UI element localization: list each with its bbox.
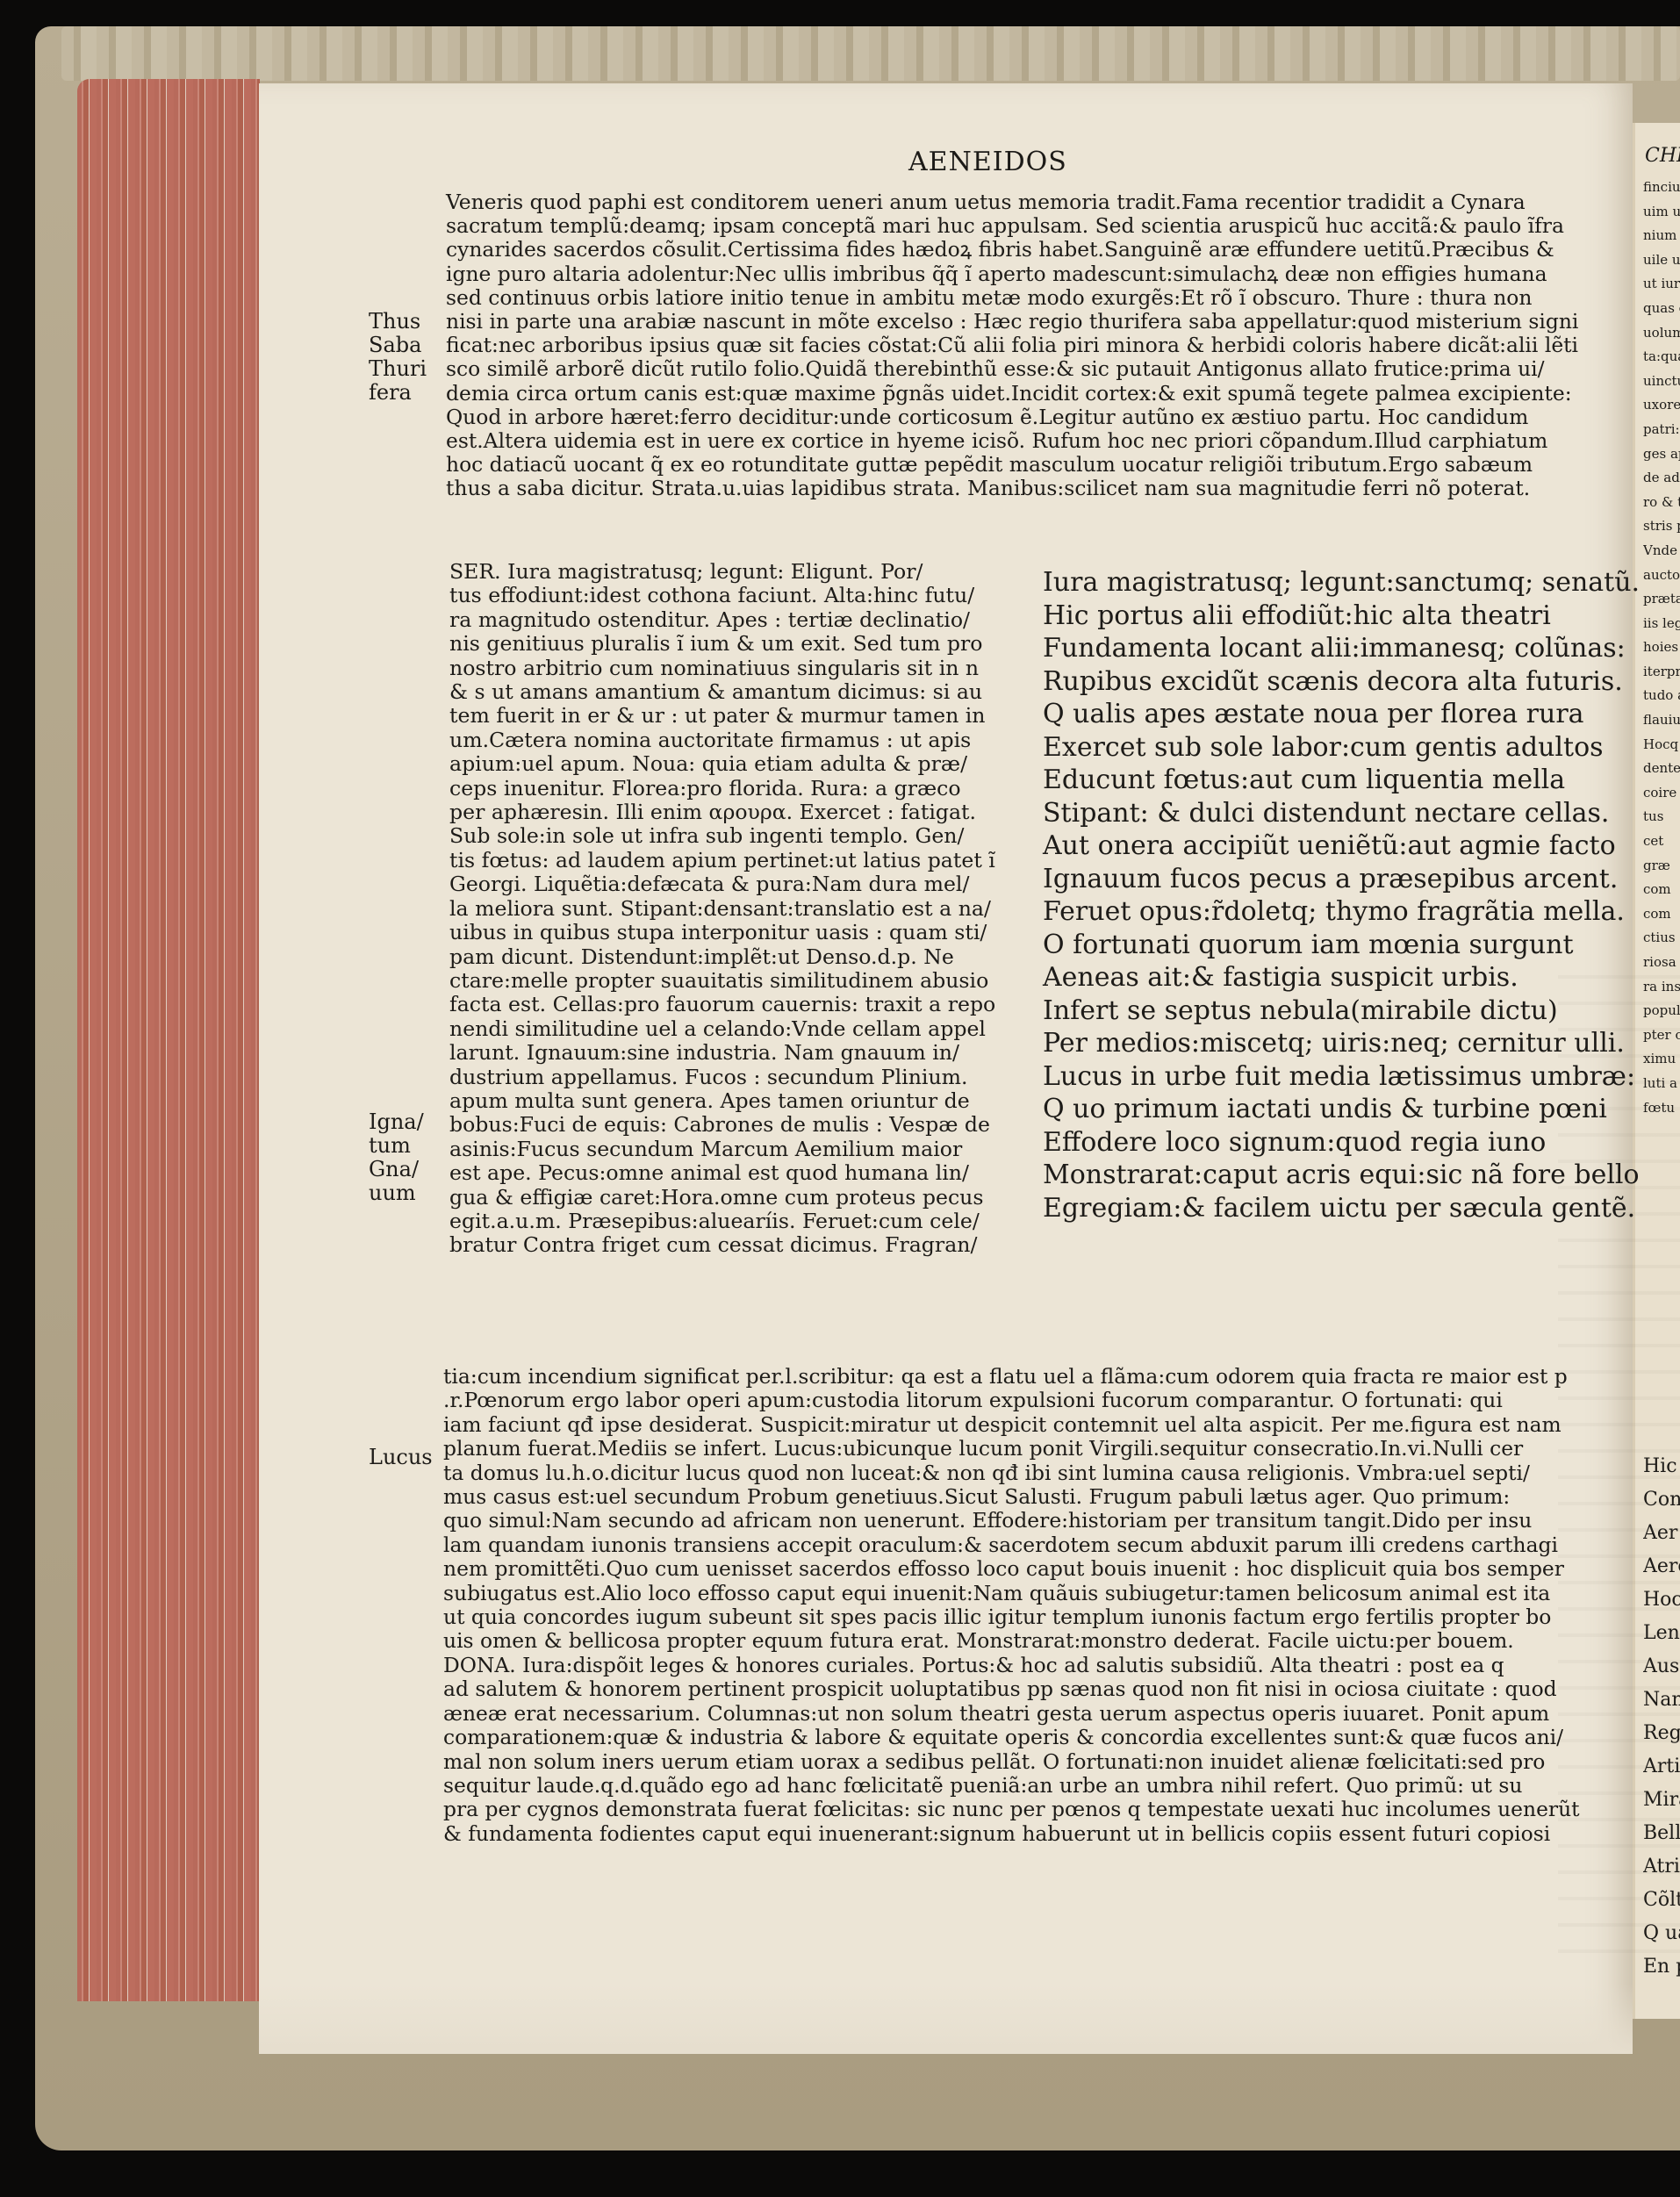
commentary-line: tus effodiunt:idest cothona faciunt. Alt…: [449, 584, 995, 607]
commentary-line: ra magnitudo ostenditur. Apes : tertiæ d…: [449, 608, 995, 632]
facing-commentary-fragment: flauiu: [1643, 708, 1680, 733]
red-fore-edge: [77, 79, 260, 2001]
top-commentary: Veneris quod paphi est conditorem ueneri…: [446, 190, 1578, 501]
facing-commentary-fragment: uinctur: [1643, 370, 1680, 394]
commentary-line: apum multa sunt genera. Apes tamen oriun…: [449, 1089, 995, 1113]
commentary-line: ta domus lu.h.o.dicitur lucus quod non l…: [443, 1461, 1580, 1485]
commentary-line: asinis:Fucus secundum Marcum Aemilium ma…: [449, 1138, 995, 1161]
facing-commentary-fragment: ges apu: [1643, 442, 1680, 467]
commentary-line: uibus in quibus stupa interponitur uasis…: [449, 921, 995, 944]
facing-commentary-fragment: de ad n: [1643, 466, 1680, 491]
commentary-line: uis omen & bellicosa propter equum futur…: [443, 1629, 1580, 1653]
commentary-line: larunt. Ignauum:sine industria. Nam gnau…: [449, 1041, 995, 1065]
commentary-line: gua & effigiæ caret:Hora.omne cum proteu…: [449, 1186, 995, 1210]
commentary-line: lam quandam iunonis transiens accepit or…: [443, 1533, 1580, 1557]
commentary-line: tis fœtus: ad laudem apium pertinet:ut l…: [449, 849, 995, 872]
margin-note: Thuri: [369, 357, 427, 381]
commentary-line: & s ut amans amantium & amantum dicimus:…: [449, 680, 995, 704]
commentary-line: comparationem:quæ & industria & labore &…: [443, 1726, 1580, 1749]
verse-line: Infert se septus nebula(mirabile dictu): [1043, 994, 1640, 1028]
facing-commentary-fragment: dente: [1643, 757, 1680, 781]
facing-commentary-fragment: Vnde f: [1643, 539, 1680, 564]
margin-note: fera: [369, 381, 427, 405]
commentary-line: est.Altera uidemia est in uere ex cortic…: [446, 429, 1578, 453]
facing-commentary-fragment: Hocq: [1643, 733, 1680, 757]
commentary-line: dustrium appellamus. Fucos : secundum Pl…: [449, 1066, 995, 1089]
commentary-line: Quod in arbore hæret:ferro deciditur:und…: [446, 406, 1578, 429]
commentary-line: æneæ erat necessarium. Columnas:ut non s…: [443, 1702, 1580, 1726]
verse-line: Q uo primum iactati undis & turbine pœni: [1043, 1093, 1640, 1126]
commentary-line: hoc datiacũ uocant q̃ ex eo rotunditate …: [446, 453, 1578, 477]
facing-commentary-fragment: hoies i: [1643, 635, 1680, 660]
verse-line: Monstrarat:caput acris equi:sic nã fore …: [1043, 1159, 1640, 1192]
commentary-line: nem promittẽti.Quo cum uenisset sacerdos…: [443, 1557, 1580, 1581]
commentary-line: nendi similitudine uel a celando:Vnde ce…: [449, 1017, 995, 1041]
commentary-line: DONA. Iura:dispõit leges & honores curia…: [443, 1654, 1580, 1677]
commentary-line: iam faciunt qđ ipse desiderat. Suspicit:…: [443, 1413, 1580, 1437]
facing-commentary-fragment: tus: [1643, 805, 1680, 829]
commentary-line: demia circa ortum canis est:quæ maxime p…: [446, 382, 1578, 406]
commentary-line: pra per cygnos demonstrata fuerat fœlici…: [443, 1798, 1580, 1821]
verse-line: Iura magistratusq; legunt:sanctumq; sena…: [1043, 566, 1640, 600]
commentary-line: nisi in parte una arabiæ nascunt in mõte…: [446, 310, 1578, 334]
commentary-line: thus a saba dicitur. Strata.u.uias lapid…: [446, 477, 1578, 500]
facing-commentary-fragment: ctius: [1643, 926, 1680, 951]
margin-note: Thus: [369, 310, 427, 334]
commentary-line: mus casus est:uel secundum Probum geneti…: [443, 1485, 1580, 1509]
commentary-line: ctare:melle propter suauitatis similitud…: [449, 969, 995, 993]
commentary-line: mal non solum iners uerum etiam uorax a …: [443, 1750, 1580, 1774]
verse-line: Effodere loco signum:quod regia iuno: [1043, 1126, 1640, 1160]
commentary-line: cynarides sacerdos cõsulit.Certissima fi…: [446, 238, 1578, 262]
commentary-line: tem fuerit in er & ur : ut pater & murmu…: [449, 704, 995, 728]
commentary-line: egit.a.u.m. Præsepibus:aluearíis. Feruet…: [449, 1210, 995, 1233]
verse-line: Stipant: & dulci distendunt nectare cell…: [1043, 797, 1640, 830]
commentary-line: ficat:nec arboribus ipsius quæ sit facie…: [446, 334, 1578, 357]
verse-line: Aeneas ait:& fastigia suspicit urbis.: [1043, 961, 1640, 994]
margin-note: tum: [369, 1134, 424, 1158]
facing-commentary-fragment: uxorem: [1643, 393, 1680, 418]
margin-note: Igna/: [369, 1110, 424, 1134]
verse-line: O fortunati quorum iam mœnia surgunt: [1043, 929, 1640, 962]
verse-line: Feruet opus:r̃doletq; thymo fragrãtia me…: [1043, 895, 1640, 929]
commentary-line: bratur Contra friget cum cessat dicimus.…: [449, 1233, 995, 1257]
facing-commentary-fragment: uile uer: [1643, 248, 1680, 273]
commentary-line: ad salutem & honorem pertinent prospicit…: [443, 1677, 1580, 1701]
verse-line: Lucus in urbe fuit media lætissimus umbr…: [1043, 1060, 1640, 1094]
margin-note: Lucus: [369, 1446, 433, 1469]
verse-line: Ignauum fucos pecus a præsepibus arcent.: [1043, 863, 1640, 896]
commentary-line: ut quia concordes iugum subeunt sit spes…: [443, 1605, 1580, 1629]
commentary-line: nis genitiuus pluralis ĩ ium & um exit. …: [449, 632, 995, 656]
margin-notes-top: ThusSabaThurifera: [369, 310, 427, 405]
facing-commentary-fragment: iterpre: [1643, 660, 1680, 685]
facing-commentary-fragment: græ: [1643, 854, 1680, 879]
facing-commentary-fragment: uolume: [1643, 321, 1680, 346]
facing-commentary-fragment: ro & t: [1643, 491, 1680, 515]
commentary-line: sacratum templũ:deamq; ipsam conceptã ma…: [446, 214, 1578, 238]
commentary-line: per aphæresin. Illi enim αρουρα. Exercet…: [449, 801, 995, 824]
margin-notes-middle: Igna/tumGna/uum: [369, 1110, 424, 1205]
facing-commentary-fragment: patri:: [1643, 418, 1680, 442]
running-head: AENEIDOS: [908, 147, 1067, 177]
verse-line: Hic portus alii effodiũt:hic alta theatr…: [1043, 600, 1640, 633]
facing-commentary-fragment: quas cu: [1643, 297, 1680, 321]
commentary-line: SER. Iura magistratusq; legunt: Eligunt.…: [449, 560, 995, 584]
facing-commentary-fragment: iis legi: [1643, 612, 1680, 636]
commentary-line: planum fuerat.Mediis se infert. Lucus:ub…: [443, 1437, 1580, 1461]
commentary-line: facta est. Cellas:pro fauorum cauernis: …: [449, 993, 995, 1016]
servius-commentary-column: SER. Iura magistratusq; legunt: Eligunt.…: [449, 560, 995, 1258]
facing-commentary-fragment: uim ui: [1643, 200, 1680, 225]
verse-line: Q ualis apes æstate noua per florea rura: [1043, 698, 1640, 731]
facing-commentary-fragment: cet: [1643, 829, 1680, 854]
bottom-commentary: tia:cum incendium significat per.l.scrib…: [443, 1365, 1580, 1846]
verse-line: Exercet sub sole labor:cum gentis adulto…: [1043, 731, 1640, 765]
facing-commentary-fragment: tudo a: [1643, 684, 1680, 708]
commentary-line: ceps inuenitur. Florea:pro florida. Rura…: [449, 777, 995, 801]
facing-page-running-head: CHR: [1645, 145, 1680, 167]
commentary-line: bobus:Fuci de equis: Cabrones de mulis :…: [449, 1113, 995, 1137]
margin-note: Gna/: [369, 1158, 424, 1181]
commentary-line: apium:uel apum. Noua: quia etiam adulta …: [449, 752, 995, 776]
verse-text: Iura magistratusq; legunt:sanctumq; sena…: [1043, 566, 1640, 1224]
commentary-line: sed continuus orbis latiore initio tenue…: [446, 286, 1578, 310]
commentary-line: Georgi. Liquẽtia:defæcata & pura:Nam dur…: [449, 872, 995, 896]
verse-line: Rupibus excidũt scænis decora alta futur…: [1043, 665, 1640, 699]
commentary-line: igne puro altaria adolentur:Nec ullis im…: [446, 262, 1578, 286]
commentary-line: .r.Pœnorum ergo labor operi apum:custodi…: [443, 1389, 1580, 1412]
commentary-line: nostro arbitrio cum nominatiuus singular…: [449, 657, 995, 680]
commentary-line: Veneris quod paphi est conditorem ueneri…: [446, 190, 1578, 214]
facing-commentary-fragment: prætat: [1643, 587, 1680, 612]
verse-line: Fundamenta locant alii:immanesq; colũnas…: [1043, 632, 1640, 665]
margin-note: uum: [369, 1181, 424, 1205]
commentary-line: est ape. Pecus:omne animal est quod huma…: [449, 1161, 995, 1185]
verse-line: Egregiam:& facilem uictu per sæcula gent…: [1043, 1192, 1640, 1225]
commentary-line: quo simul:Nam secundo ad africam non uen…: [443, 1509, 1580, 1533]
commentary-line: tia:cum incendium significat per.l.scrib…: [443, 1365, 1580, 1389]
facing-commentary-fragment: auctor: [1643, 564, 1680, 588]
facing-commentary-fragment: com: [1643, 902, 1680, 927]
commentary-line: sco similẽ arborẽ dicũt rutilo folio.Qui…: [446, 357, 1578, 381]
book-headband: [61, 26, 1680, 81]
commentary-line: & fundamenta fodientes caput equi inuene…: [443, 1822, 1580, 1846]
facing-commentary-fragment: com: [1643, 878, 1680, 902]
commentary-line: um.Cætera nomina auctoritate firmamus : …: [449, 729, 995, 752]
margin-note: Saba: [369, 334, 427, 357]
commentary-line: subiugatus est.Alio loco effosso caput e…: [443, 1582, 1580, 1605]
verse-line: Aut onera accipiũt ueniẽtũ:aut agmie fac…: [1043, 829, 1640, 863]
facing-commentary-fragment: ta:qua: [1643, 345, 1680, 370]
facing-commentary-fragment: stris p: [1643, 514, 1680, 539]
margin-notes-bottom: Lucus: [369, 1446, 433, 1469]
facing-commentary-fragment: ut iuris: [1643, 272, 1680, 297]
facing-commentary-fragment: fincius: [1643, 176, 1680, 200]
commentary-line: pam dicunt. Distendunt:implẽt:ut Denso.d…: [449, 945, 995, 969]
verse-line: Per medios:miscetq; uiris:neq; cernitur …: [1043, 1027, 1640, 1060]
commentary-line: sequitur laude.q.d.quãdo ego ad hanc fœl…: [443, 1774, 1580, 1798]
verse-line: Educunt fœtus:aut cum liquentia mella: [1043, 764, 1640, 797]
commentary-line: Sub sole:in sole ut infra sub ingenti te…: [449, 824, 995, 848]
commentary-line: la meliora sunt. Stipant:densant:transla…: [449, 897, 995, 921]
facing-commentary-fragment: nium co: [1643, 224, 1680, 248]
facing-commentary-fragment: coire: [1643, 781, 1680, 806]
